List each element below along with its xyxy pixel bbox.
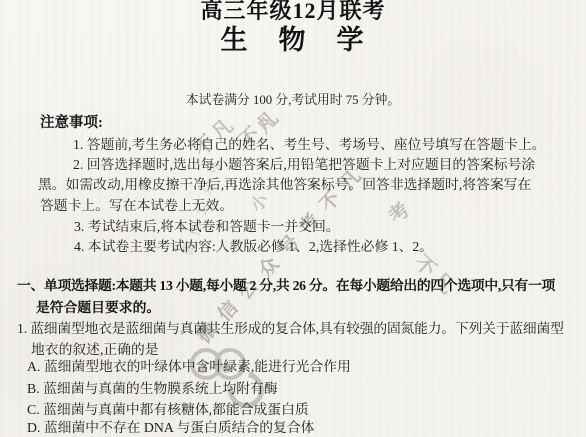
section-heading-line2: 是符合题目要求的。: [36, 300, 160, 316]
watermark-stamp: 不凡: [186, 108, 241, 162]
notice-line-2c: 答题卡上。写在本试卷上无效。: [40, 198, 233, 214]
notice-line-3: 3. 考试结束后,将本试卷和答题卡一并交回。: [74, 219, 340, 235]
notice-heading: 注意事项:: [40, 115, 103, 131]
exam-info: 本试卷满分 100 分,考试用时 75 分钟。: [0, 92, 586, 108]
question-1-option-d: D. 蓝细菌中不存在 DNA 与蛋白质结合的复合体: [27, 420, 314, 436]
notice-line-2: 2. 回答选择题时,选出每小题答案后,用铅笔把答题卡上对应题目的答案标号涂: [73, 157, 535, 173]
question-1-line1: 1. 蓝细菌型地衣是蓝细菌与真菌共生形成的复合体,具有较强的固氮能力。下列关于蓝…: [17, 321, 564, 337]
notice-line-1: 1. 答题前,考生务必将自己的姓名、考生号、考场号、座位号填写在答题卡上。: [73, 137, 546, 153]
notice-line-4: 4. 本试卷主要考试内容:人教版必修 1、2,选择性必修 1、2。: [74, 239, 433, 255]
exam-paper-page: 微信公众号 微信公众号考不凡 不凡 不凡 考 不凡 凡 小 高三年级12月联考 …: [0, 0, 586, 437]
section-heading-line1: 一、单项选择题:本题共 13 小题,每小题 2 分,共 26 分。在每小题给出的…: [17, 278, 555, 294]
page-title: 高三年级12月联考: [0, 3, 586, 19]
question-1-option-c: C. 蓝细菌与真菌中都有核糖体,都能合成蛋白质: [27, 402, 309, 418]
subject-title: 生 物 学: [0, 32, 586, 48]
question-1-option-a: A. 蓝细菌型地衣的叶绿体中含叶绿素,能进行光合作用: [27, 359, 351, 375]
question-1-line2: 地衣的叙述,正确的是: [31, 342, 159, 358]
notice-line-2b: 黑。如需改动,用橡皮擦干净后,再选涂其他答案标号。回答非选择题时,将答案写在: [38, 177, 531, 193]
watermark-fragment: 凡: [250, 109, 280, 138]
watermark-stamp: 考: [381, 194, 415, 229]
watermark-stamp: 不凡: [409, 247, 465, 302]
question-1-option-b: B. 蓝细菌与真菌的生物膜系统上均附有酶: [27, 381, 278, 397]
